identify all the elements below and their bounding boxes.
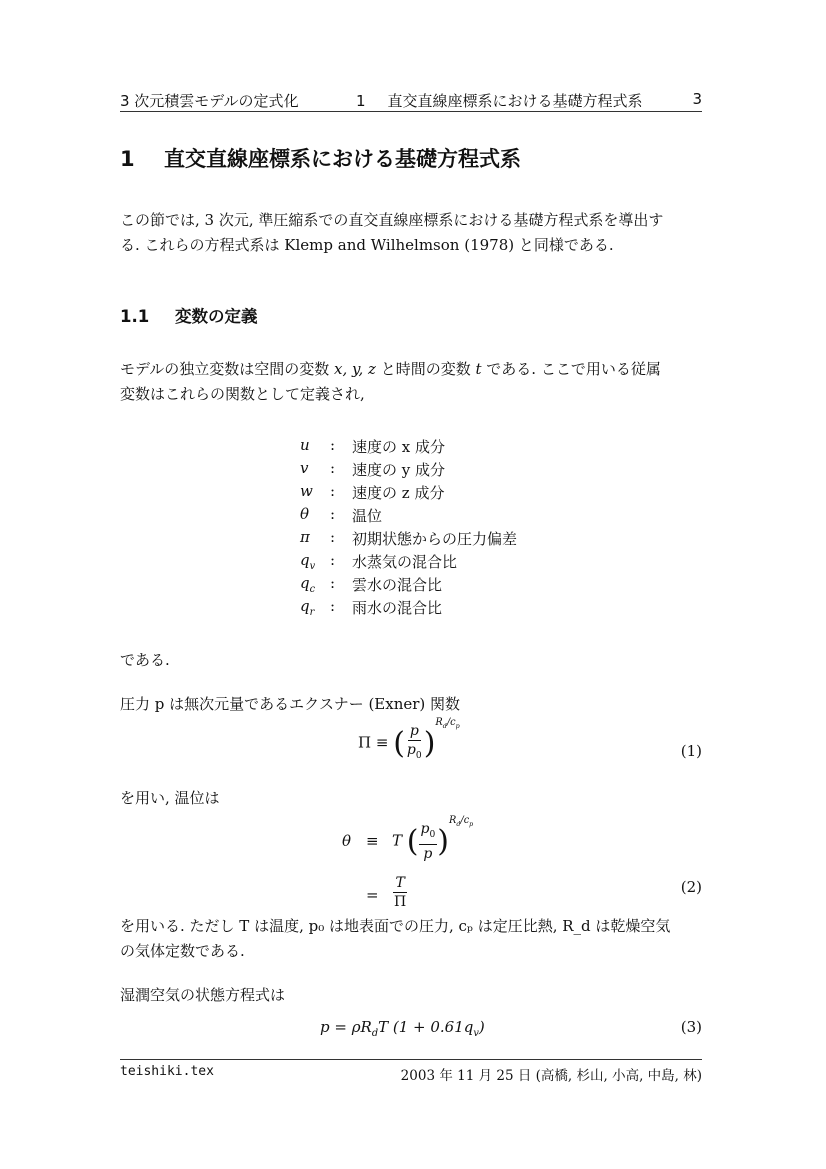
dearu-text: である. — [120, 648, 704, 673]
header-rule — [120, 111, 702, 112]
footer-rule — [120, 1059, 702, 1060]
equation-3-label: (3) — [681, 1018, 702, 1036]
equation-1-label: (1) — [681, 742, 702, 760]
header-chapter: 3 次元積雲モデルの定式化 — [120, 90, 299, 111]
equation-3: p = ρRdT (1 + 0.61qv) — [320, 1018, 485, 1039]
section-title: 1直交直線座標系における基礎方程式系 — [120, 143, 521, 173]
variables-intro: モデルの独立変数は空間の変数 x, y, z と時間の変数 t である. ここで… — [120, 357, 704, 407]
theta-intro: を用い, 温位は — [120, 786, 704, 811]
running-header: 3 次元積雲モデルの定式化 1直交直線座標系における基礎方程式系 3 — [120, 88, 702, 112]
footer-filename: teishiki.tex — [120, 1064, 214, 1079]
header-section: 1直交直線座標系における基礎方程式系 — [356, 90, 643, 111]
intro-paragraph: この節では, 3 次元, 準圧縮系での直交直線座標系における基礎方程式系を導出す… — [120, 208, 704, 258]
equation-2-label: (2) — [681, 878, 702, 896]
definitions-paragraph: を用いる. ただし T は温度, p₀ は地表面での圧力, cₚ は定圧比熱, … — [120, 914, 704, 964]
exner-intro: 圧力 p は無次元量であるエクスナー (Exner) 関数 — [120, 692, 704, 717]
subsection-title: 1.1変数の定義 — [120, 303, 258, 327]
footer-date-authors: 2003 年 11 月 25 日 (高橋, 杉山, 小高, 中島, 林) — [401, 1064, 702, 1084]
state-equation-intro: 湿潤空気の状態方程式は — [120, 983, 704, 1008]
equation-1: Π ≡ (pp0)Rd/cp — [358, 722, 460, 765]
page-number: 3 — [692, 90, 702, 108]
